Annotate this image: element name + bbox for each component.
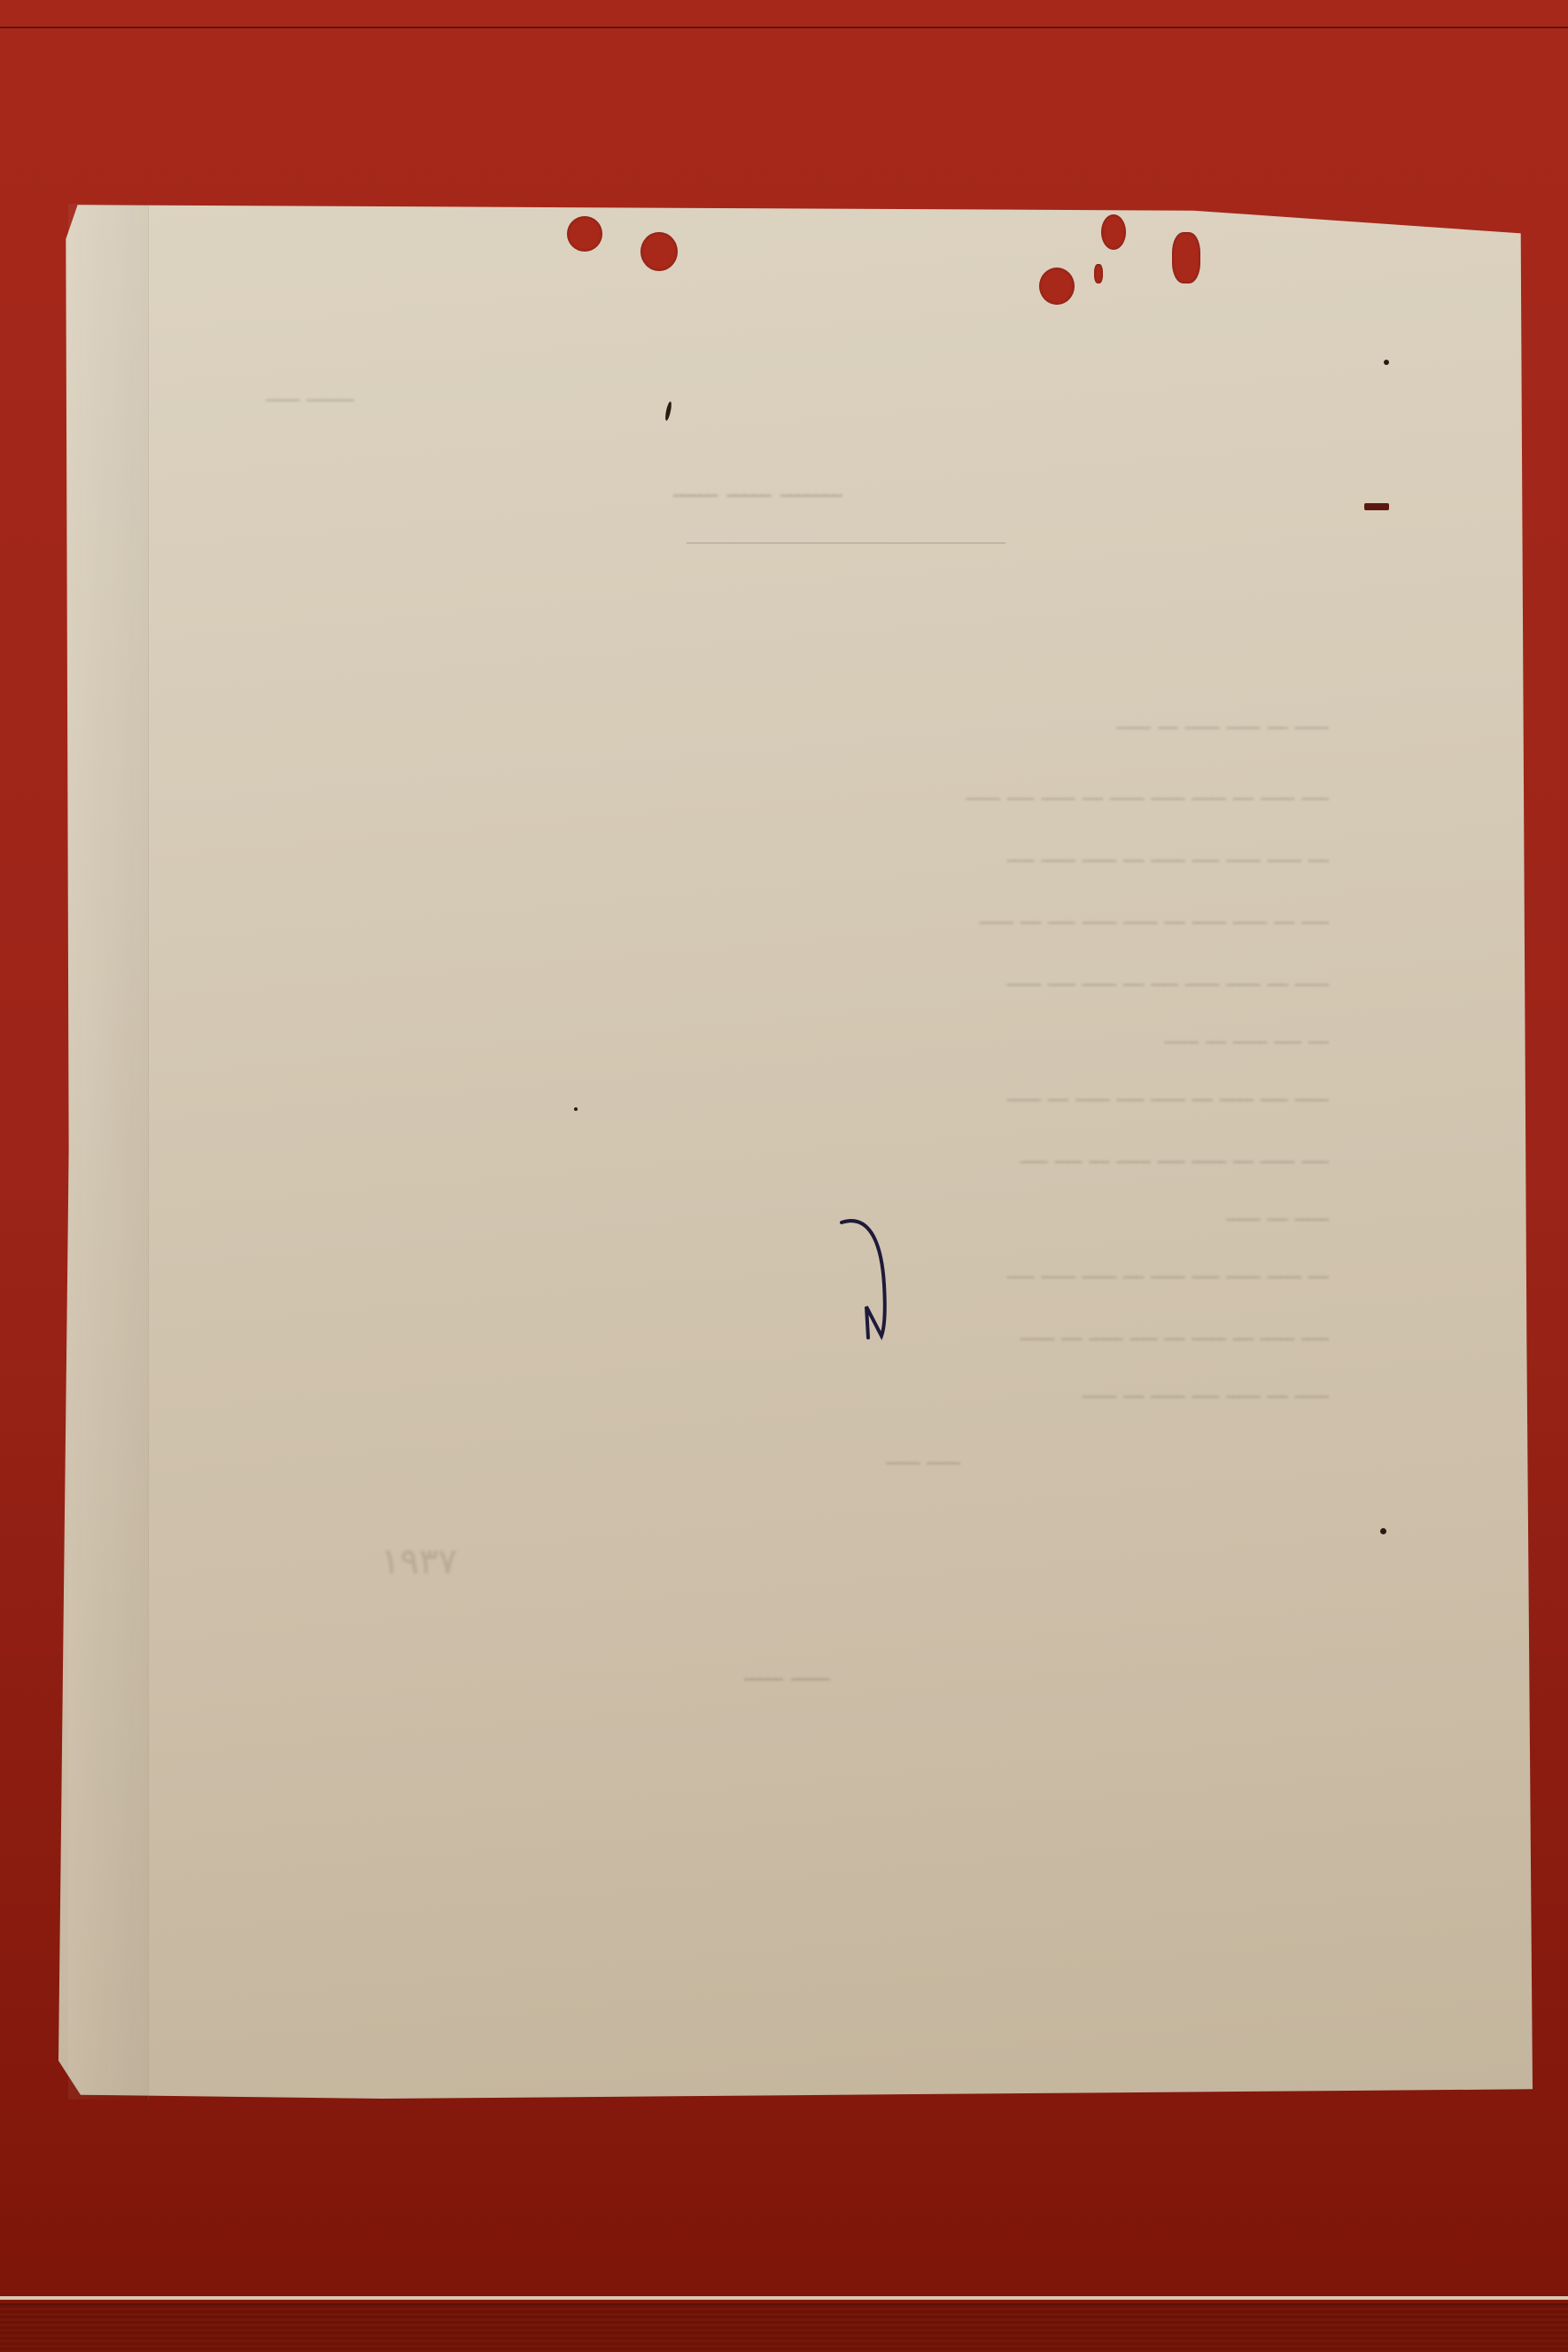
body-line: ـــــ ــــ ـــــ ـــ ـــــ ــــ ـــــ ــ…	[283, 1081, 1329, 1107]
ink-speck	[574, 1107, 578, 1111]
body-line: ـــ ـــــ ـــــ ــــ ـــــ ـــ ـــــ ـــ…	[283, 842, 1329, 868]
body-line: ـــــ ـــ ـــــ ـــــ ـــ ـــــ	[425, 709, 1329, 735]
punch-hole	[1094, 264, 1103, 283]
stamp-number: ١٩٣٧	[381, 1541, 629, 1630]
heading-underline	[687, 542, 1005, 544]
document-heading: ـــــــ ـــــ ـــــ	[673, 470, 842, 505]
body-line: ــــ ـــ ـــــ ـــــ ـــ ـــــ ـــــ ـــ…	[283, 904, 1329, 930]
ink-speck	[1380, 1528, 1386, 1534]
signature: ـــــ ـــــ	[744, 1657, 830, 1688]
frame-bottom-edge	[0, 2296, 1568, 2300]
date-line: ـــــــ ـــــ	[266, 381, 354, 408]
punch-hole	[1039, 268, 1075, 305]
body-line: ــــ ـــــ ـــ ـــــ ـــ ــــ ـــــ ـــ …	[283, 1320, 1329, 1347]
paper-fold-crease	[68, 204, 149, 2100]
ink-check-mark	[833, 1214, 912, 1347]
punch-hole	[640, 232, 678, 271]
frame-top-line	[0, 27, 1568, 28]
body-line: ــــ ـــــ ـــ ـــــ ــــ ـــــ ـــ ــــ…	[283, 1143, 1329, 1169]
body-line: ــــ ـــــ ـــ ـــــ ـــــ ـــــ ـــ ـــ…	[283, 780, 1329, 806]
punch-hole	[1101, 214, 1126, 250]
punch-hole	[567, 216, 602, 252]
ink-speck	[1384, 360, 1389, 365]
closing-line: ـــــ ـــــ	[886, 1444, 960, 1471]
punch-hole	[1172, 232, 1200, 283]
body-line: ـــــ ـــ ـــــ ـــــ ــــ ـــ ـــــ ـــ…	[283, 966, 1329, 992]
body-line: ـــــ ـــ ـــــ ــــ ـــــ ـــ ـــــ	[319, 1378, 1329, 1404]
body-line: ـــ ــــ ـــــ ـــ ـــــ	[726, 1023, 1329, 1050]
body-line: ـــ ـــــ ـــــ ــــ ـــــ ـــ ـــــ ـــ…	[283, 1258, 1329, 1285]
frame-bottom-strip	[0, 2305, 1568, 2352]
tear-mark	[1364, 503, 1389, 510]
